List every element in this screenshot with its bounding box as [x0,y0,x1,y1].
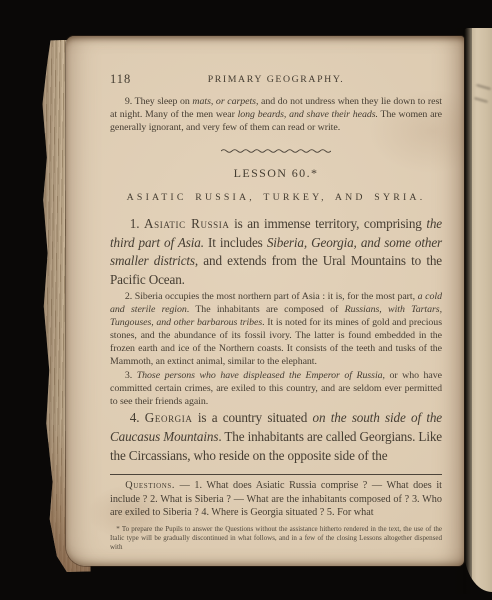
lesson-subtitle: ASIATIC RUSSIA, TURKEY, AND SYRIA. [110,192,442,203]
text-run: Asiatic Russia [144,216,229,231]
running-head: PRIMARY GEOGRAPHY. [110,72,442,85]
paragraph-1: 1. Asiatic Russia is an immense territor… [110,215,442,289]
faint-text-smudge [474,97,488,103]
page-header: 118 PRIMARY GEOGRAPHY. [110,72,442,88]
lesson-title: LESSON 60.* [110,166,442,181]
squiggle-line [221,148,331,154]
text-run: 9. They sleep on [125,96,193,107]
questions-paragraph: Questions. — 1. What does Asiatic Russia… [110,479,442,520]
text-run: Georgia [145,410,193,425]
book-photo: 118 PRIMARY GEOGRAPHY. 9. They sleep on … [0,0,492,600]
paragraph-9: 9. They sleep on mats, or carpets, and d… [110,95,442,134]
text-run: long beards, and shave their heads. [238,109,378,120]
footnote: * To prepare the Pupils to answer the Qu… [110,525,442,551]
text-run: Those persons who have displeased the Em… [137,370,383,381]
questions-rule [110,474,442,475]
text-run: is an immense territory, comprising [229,216,426,231]
faint-text-smudge [476,84,491,90]
text-run: Questions. [125,480,175,491]
text-run: mats, or carpets, [192,96,258,107]
page-content: 118 PRIMARY GEOGRAPHY. 9. They sleep on … [110,72,442,551]
page-number: 118 [110,72,131,87]
paragraph-3: 3. Those persons who have displeased the… [110,369,442,408]
paragraph-4: 4. Georgia is a country situated on the … [110,409,442,465]
text-run: It includes [204,235,267,250]
text-run: 3. [125,370,137,381]
lesson-body: 1. Asiatic Russia is an immense territor… [110,215,442,465]
paragraph-2: 2. Siberia occupies the most northern pa… [110,290,442,368]
text-run: . The inhabitants are composed of [187,304,345,315]
text-run: 1. [130,216,144,231]
text-run: 2. Siberia occupies the most northern pa… [125,291,418,302]
squiggle-divider [221,148,331,154]
book-page: 118 PRIMARY GEOGRAPHY. 9. They sleep on … [66,36,464,566]
text-run: is a country situated [192,410,312,425]
text-run: 4. [130,410,145,425]
